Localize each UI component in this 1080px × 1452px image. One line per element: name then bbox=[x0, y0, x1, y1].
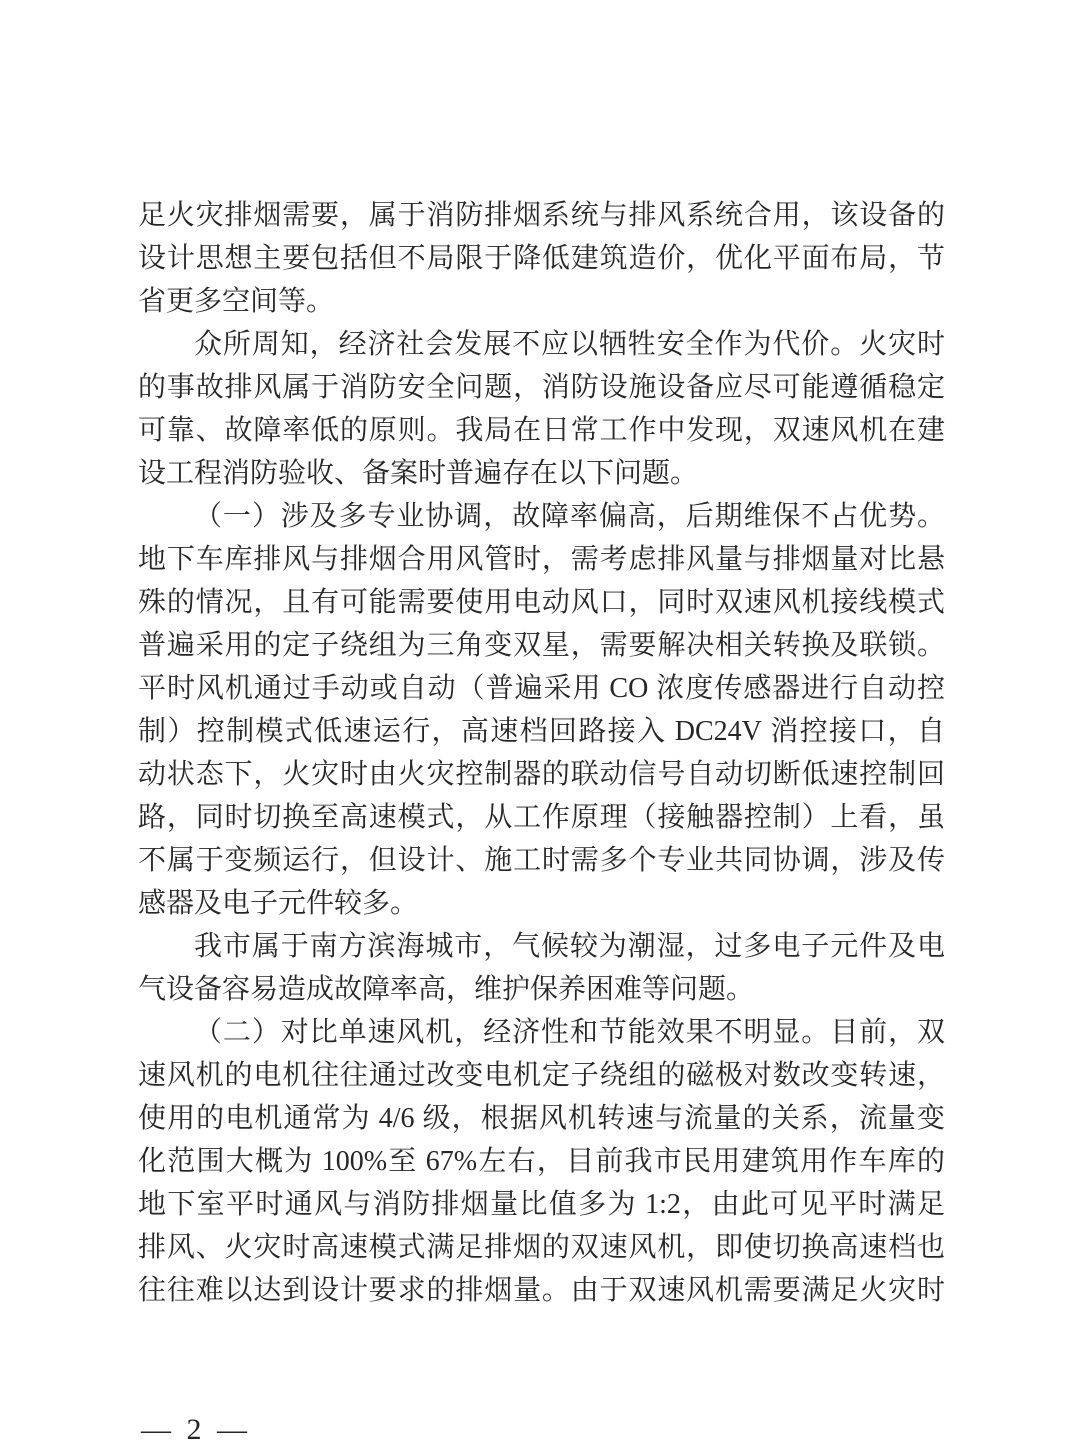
body-line-p3-l8: 路，同时切换至高速模式，从工作原理（接触器控制）上看，虽 bbox=[138, 796, 945, 839]
body-line-p5-l4: 化范围大概为 100%至 67%左右，目前我市民用建筑用作车库的 bbox=[138, 1140, 945, 1183]
body-line-p3-l9: 不属于变频运行，但设计、施工时需多个专业共同协调，涉及传 bbox=[138, 839, 945, 882]
body-line-p5-l6: 排风、火灾时高速模式满足排烟的双速风机，即使切换高速档也 bbox=[138, 1226, 945, 1269]
body-line-p3-l6: 制）控制模式低速运行，高速档回路接入 DC24V 消控接口，自 bbox=[138, 710, 945, 753]
body-line-p3-l7: 动状态下，火灾时由火灾控制器的联动信号自动切断低速控制回 bbox=[138, 753, 945, 796]
body-line-p5-l5: 地下室平时通风与消防排烟量比值多为 1:2，由此可见平时满足 bbox=[138, 1183, 945, 1226]
body-line-p3-l3: 殊的情况，且有可能需要使用电动风口，同时双速风机接线模式 bbox=[138, 581, 945, 624]
body-line-p3-l10: 感器及电子元件较多。 bbox=[138, 882, 945, 925]
body-line-p3-l4: 普遍采用的定子绕组为三角变双星，需要解决相关转换及联锁。 bbox=[138, 624, 945, 667]
body-line-p2-l4: 设工程消防验收、备案时普遍存在以下问题。 bbox=[138, 452, 945, 495]
document-body: 足火灾排烟需要，属于消防排烟系统与排风系统合用，该设备的设计思想主要包括但不局限… bbox=[138, 194, 945, 1312]
page-number: — 2 — bbox=[141, 1413, 247, 1446]
body-line-p1-l3: 省更多空间等。 bbox=[138, 280, 945, 323]
body-line-p1-l2: 设计思想主要包括但不局限于降低建筑造价，优化平面布局，节 bbox=[138, 237, 945, 280]
body-line-p1-l1: 足火灾排烟需要，属于消防排烟系统与排风系统合用，该设备的 bbox=[138, 194, 945, 237]
body-line-p3-l1: （一）涉及多专业协调，故障率偏高，后期维保不占优势。 bbox=[138, 495, 945, 538]
body-line-p5-l1: （二）对比单速风机，经济性和节能效果不明显。目前，双 bbox=[138, 1011, 945, 1054]
body-line-p2-l1: 众所周知，经济社会发展不应以牺牲安全作为代价。火灾时 bbox=[138, 323, 945, 366]
page-footer: — 2 — bbox=[141, 1410, 247, 1450]
body-line-p3-l2: 地下车库排风与排烟合用风管时，需考虑排风量与排烟量对比悬 bbox=[138, 538, 945, 581]
body-line-p5-l3: 使用的电机通常为 4/6 级，根据风机转速与流量的关系，流量变 bbox=[138, 1097, 945, 1140]
body-line-p4-l1: 我市属于南方滨海城市，气候较为潮湿，过多电子元件及电 bbox=[138, 925, 945, 968]
body-line-p2-l3: 可靠、故障率低的原则。我局在日常工作中发现，双速风机在建 bbox=[138, 409, 945, 452]
body-line-p2-l2: 的事故排风属于消防安全问题，消防设施设备应尽可能遵循稳定 bbox=[138, 366, 945, 409]
document-page: 足火灾排烟需要，属于消防排烟系统与排风系统合用，该设备的设计思想主要包括但不局限… bbox=[0, 0, 1080, 1452]
body-line-p5-l7: 往往难以达到设计要求的排烟量。由于双速风机需要满足火灾时 bbox=[138, 1269, 945, 1312]
body-line-p4-l2: 气设备容易造成故障率高，维护保养困难等问题。 bbox=[138, 968, 945, 1011]
body-line-p5-l2: 速风机的电机往往通过改变电机定子绕组的磁极对数改变转速， bbox=[138, 1054, 945, 1097]
body-line-p3-l5: 平时风机通过手动或自动（普遍采用 CO 浓度传感器进行自动控 bbox=[138, 667, 945, 710]
